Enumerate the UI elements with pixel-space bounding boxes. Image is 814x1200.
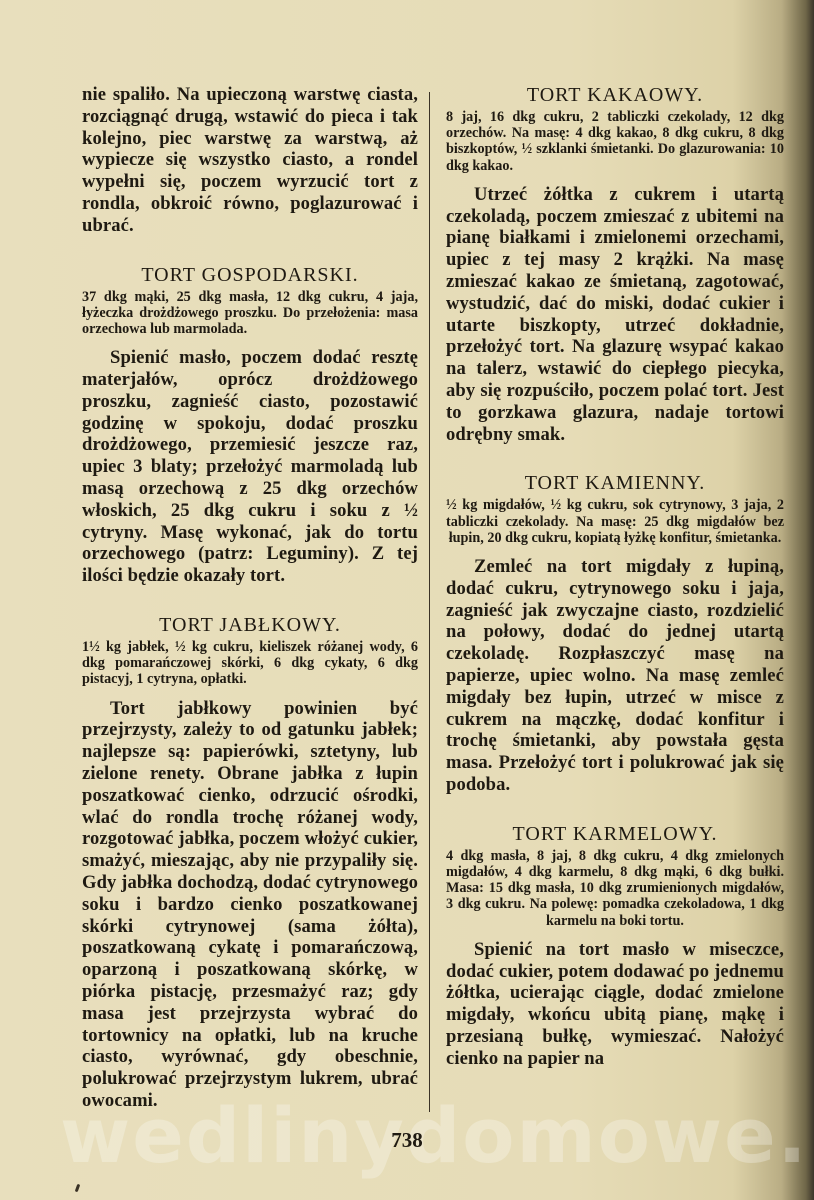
paper-speck [75, 1184, 81, 1193]
recipe-ingredients: 1½ kg jabłek, ½ kg cukru, kieliszek róża… [82, 639, 418, 688]
recipe-tort-kakaowy: TORT KAKAOWY. 8 jaj, 16 dkg cukru, 2 tab… [446, 83, 784, 445]
recipe-instructions: Spienić masło, poczem dodać resztę mater… [82, 347, 418, 587]
right-column: TORT KAKAOWY. 8 jaj, 16 dkg cukru, 2 tab… [446, 83, 784, 1070]
recipe-ingredients: 4 dkg masła, 8 jaj, 8 dkg cukru, 4 dkg z… [446, 848, 784, 929]
continuation-paragraph: nie spaliło. Na upieczoną warstwę ciasta… [82, 84, 418, 237]
recipe-instructions: Spienić na tort masło w miseczce, dodać … [446, 939, 784, 1070]
recipe-title: TORT KAMIENNY. [446, 471, 784, 495]
recipe-instructions: Utrzeć żółtka z cukrem i utartą czekolad… [446, 184, 784, 446]
recipe-tort-kamienny: TORT KAMIENNY. ½ kg migdałów, ½ kg cukru… [446, 471, 784, 795]
recipe-tort-gospodarski: TORT GOSPODARSKI. 37 dkg mąki, 25 dkg ma… [82, 263, 418, 587]
recipe-ingredients: 8 jaj, 16 dkg cukru, 2 tabliczki czekola… [446, 109, 784, 174]
page-number: 738 [0, 1128, 814, 1153]
recipe-instructions: Tort jabłkowy powinien być przejrzysty, … [82, 698, 418, 1112]
recipe-title: TORT JABŁKOWY. [82, 613, 418, 637]
recipe-instructions: Zemleć na tort migdały z łupiną, dodać c… [446, 556, 784, 796]
recipe-tort-karmelowy: TORT KARMELOWY. 4 dkg masła, 8 jaj, 8 dk… [446, 822, 784, 1070]
recipe-ingredients: ½ kg migdałów, ½ kg cukru, sok cytrynowy… [446, 497, 784, 546]
left-column: nie spaliło. Na upieczoną warstwę ciasta… [82, 84, 418, 1112]
recipe-tort-jablkowy: TORT JABŁKOWY. 1½ kg jabłek, ½ kg cukru,… [82, 613, 418, 1112]
recipe-ingredients: 37 dkg mąki, 25 dkg masła, 12 dkg cukru,… [82, 289, 418, 338]
recipe-title: TORT GOSPODARSKI. [82, 263, 418, 287]
column-divider [429, 92, 430, 1112]
recipe-title: TORT KAKAOWY. [446, 83, 784, 107]
book-page: nie spaliło. Na upieczoną warstwę ciasta… [0, 0, 814, 1200]
recipe-title: TORT KARMELOWY. [446, 822, 784, 846]
